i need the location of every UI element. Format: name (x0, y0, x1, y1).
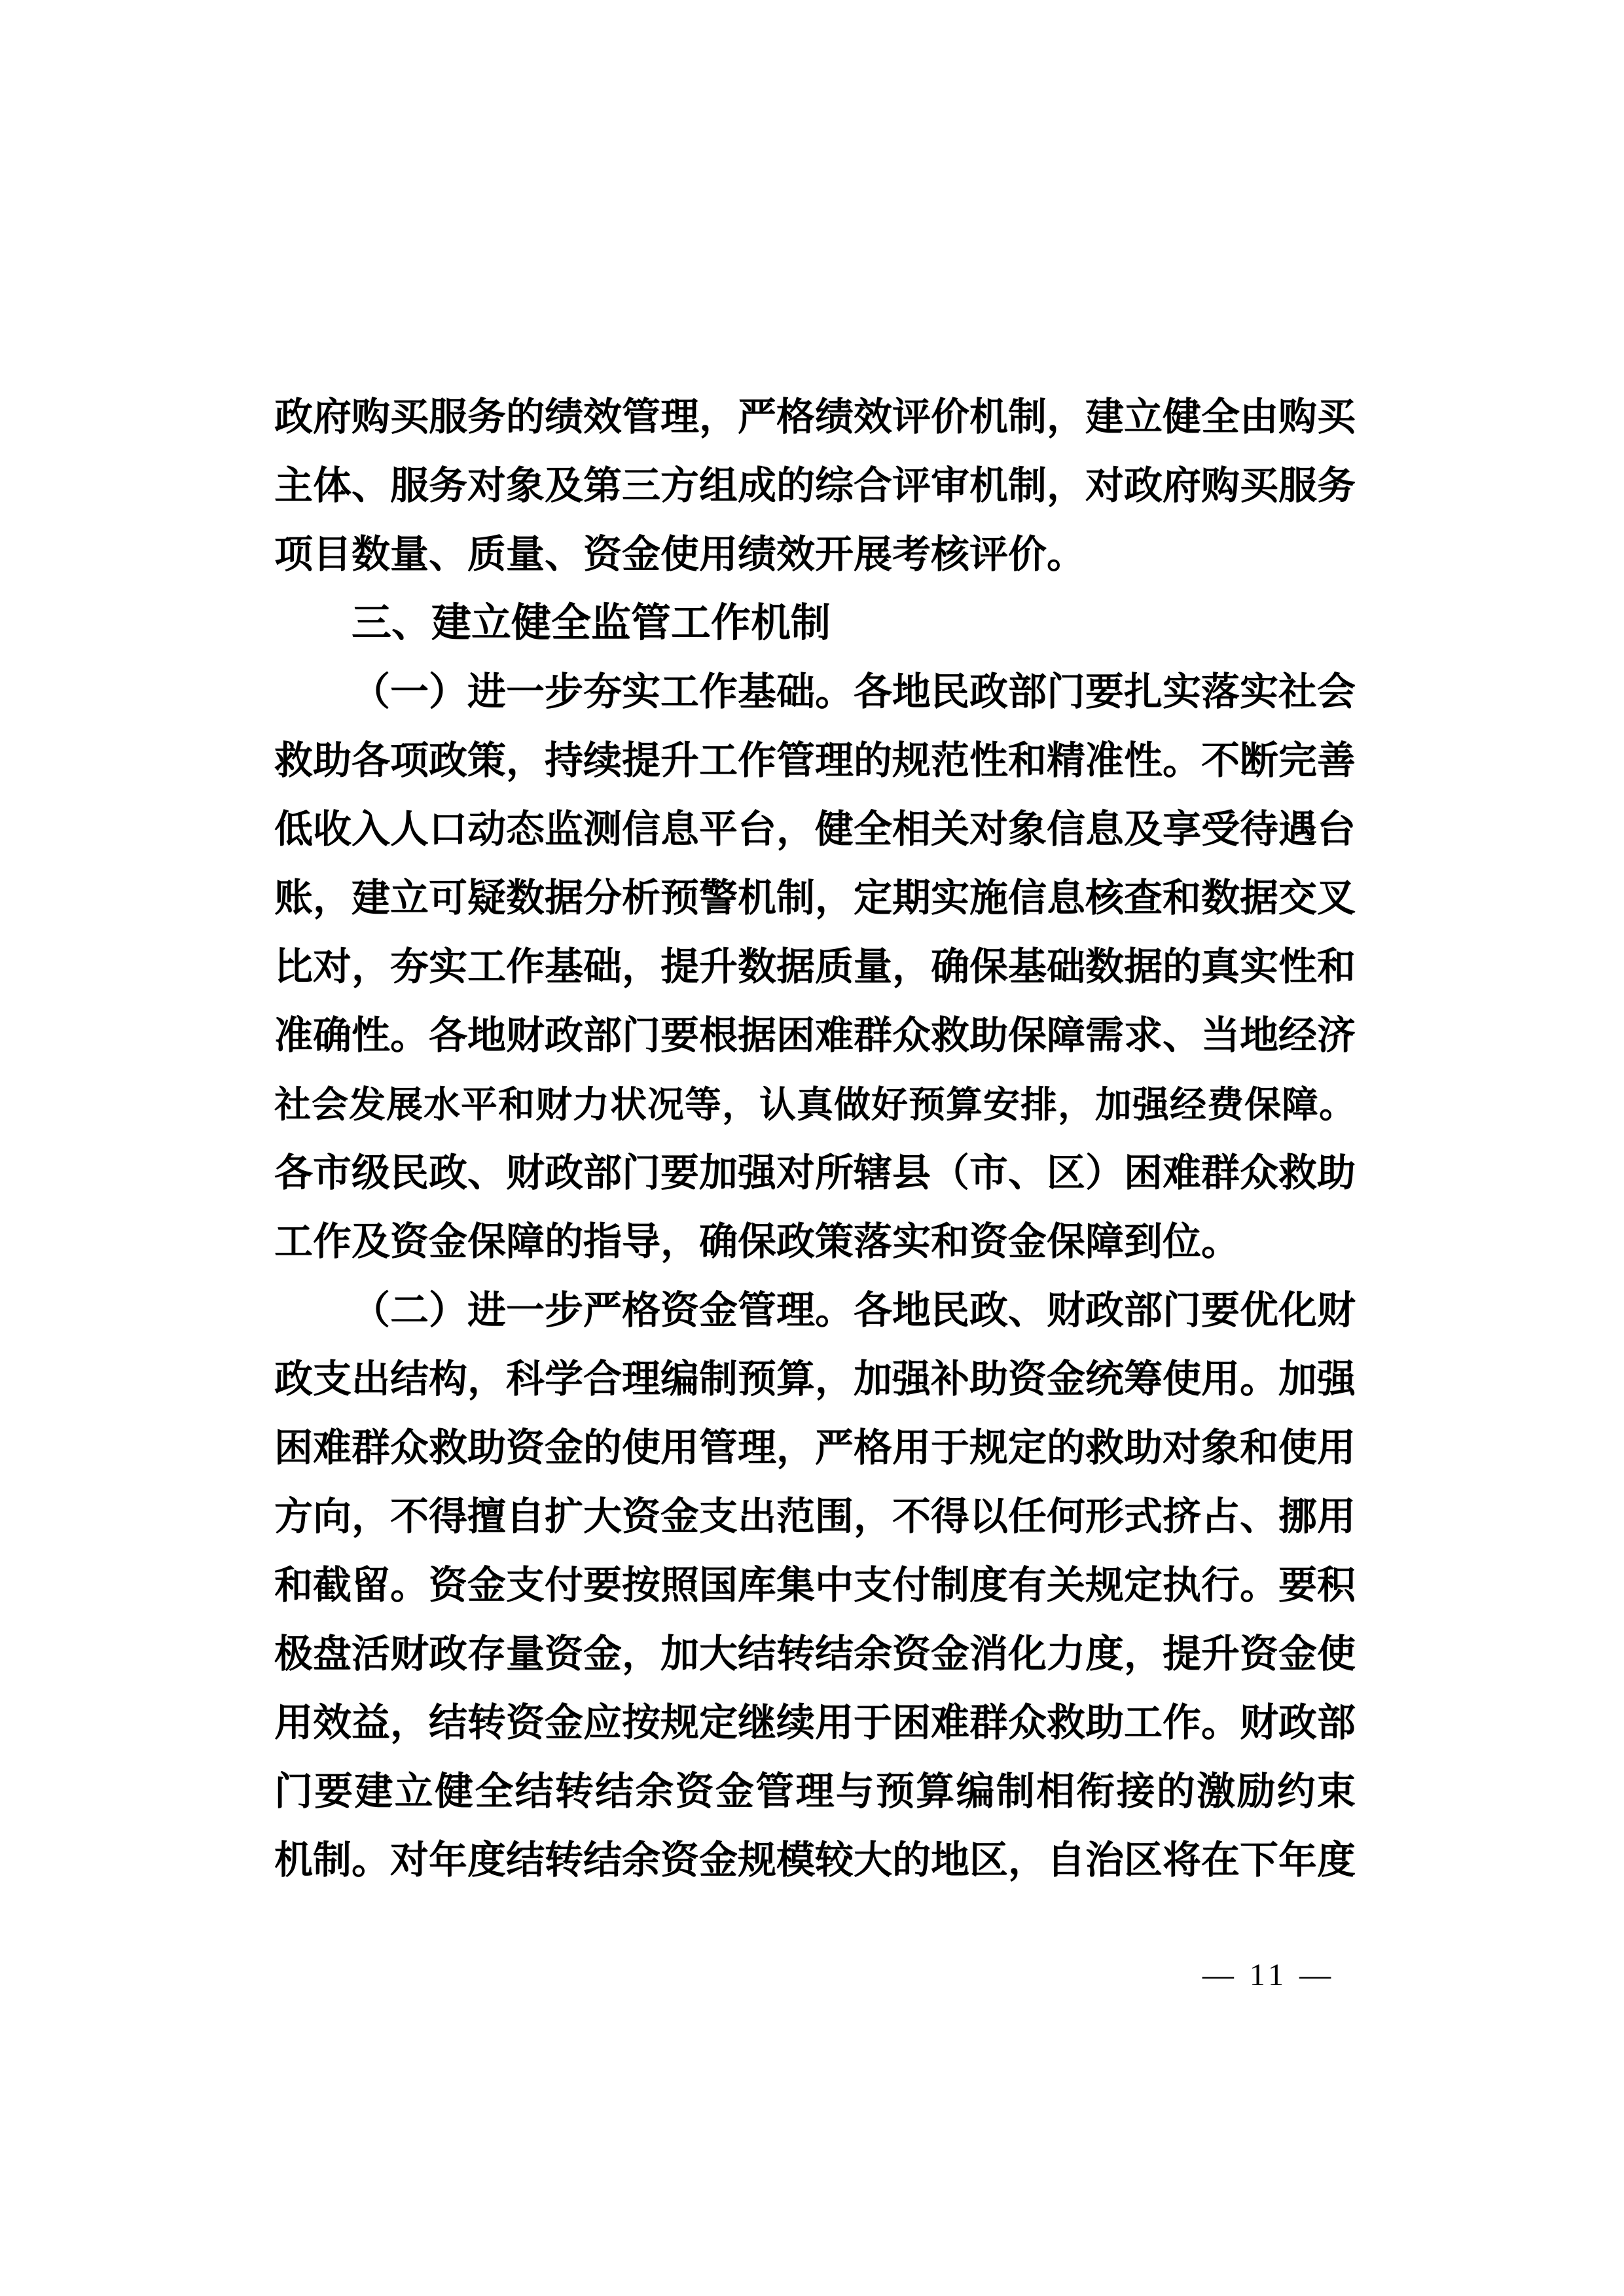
body-text-line: 方向，不得擅自扩大资金支出范围，不得以任何形式挤占、挪用 (274, 1482, 1356, 1551)
body-text-line: 困难群众救助资金的使用管理，严格用于规定的救助对象和使用 (274, 1414, 1356, 1482)
body-text-line: 社会发展水平和财力状况等，认真做好预算安排，加强经费保障。 (274, 1070, 1356, 1139)
body-text-line: 政府购买服务的绩效管理，严格绩效评价机制，建立健全由购买 (274, 383, 1356, 452)
page-number: — 11 — (1183, 1949, 1354, 2001)
body-text-line: 用效益，结转资金应按规定继续用于困难群众救助工作。财政部 (274, 1689, 1356, 1757)
body-text-line: （二）进一步严格资金管理。各地民政、财政部门要优化财 (274, 1276, 1356, 1345)
body-text-line: 救助各项政策，持续提升工作管理的规范性和精准性。不断完善 (274, 726, 1356, 795)
body-text-line: 机制。对年度结转结余资金规模较大的地区，自治区将在下年度 (274, 1826, 1356, 1895)
section-heading: 三、建立健全监管工作机制 (274, 589, 1356, 658)
body-text-line: 主体、服务对象及第三方组成的综合评审机制，对政府购买服务 (274, 452, 1356, 520)
body-text-line: 比对，夯实工作基础，提升数据质量，确保基础数据的真实性和 (274, 933, 1356, 1001)
document-body: 政府购买服务的绩效管理，严格绩效评价机制，建立健全由购买主体、服务对象及第三方组… (274, 383, 1356, 1895)
body-text-line: 门要建立健全结转结余资金管理与预算编制相衔接的激励约束 (274, 1757, 1356, 1826)
body-text-line: （一）进一步夯实工作基础。各地民政部门要扎实落实社会 (274, 658, 1356, 726)
body-text-line: 各市级民政、财政部门要加强对所辖县（市、区）困难群众救助 (274, 1139, 1356, 1208)
body-text-line: 低收入人口动态监测信息平台，健全相关对象信息及享受待遇台 (274, 795, 1356, 864)
body-text-line: 工作及资金保障的指导，确保政策落实和资金保障到位。 (274, 1208, 1356, 1276)
body-text-line: 准确性。各地财政部门要根据困难群众救助保障需求、当地经济 (274, 1001, 1356, 1070)
body-text-line: 账，建立可疑数据分析预警机制，定期实施信息核查和数据交叉 (274, 864, 1356, 933)
body-text-line: 项目数量、质量、资金使用绩效开展考核评价。 (274, 520, 1356, 589)
body-text-line: 和截留。资金支付要按照国库集中支付制度有关规定执行。要积 (274, 1551, 1356, 1620)
body-text-line: 极盘活财政存量资金，加大结转结余资金消化力度，提升资金使 (274, 1620, 1356, 1689)
body-text-line: 政支出结构，科学合理编制预算，加强补助资金统筹使用。加强 (274, 1345, 1356, 1414)
document-page: 政府购买服务的绩效管理，严格绩效评价机制，建立健全由购买主体、服务对象及第三方组… (0, 0, 1624, 2296)
